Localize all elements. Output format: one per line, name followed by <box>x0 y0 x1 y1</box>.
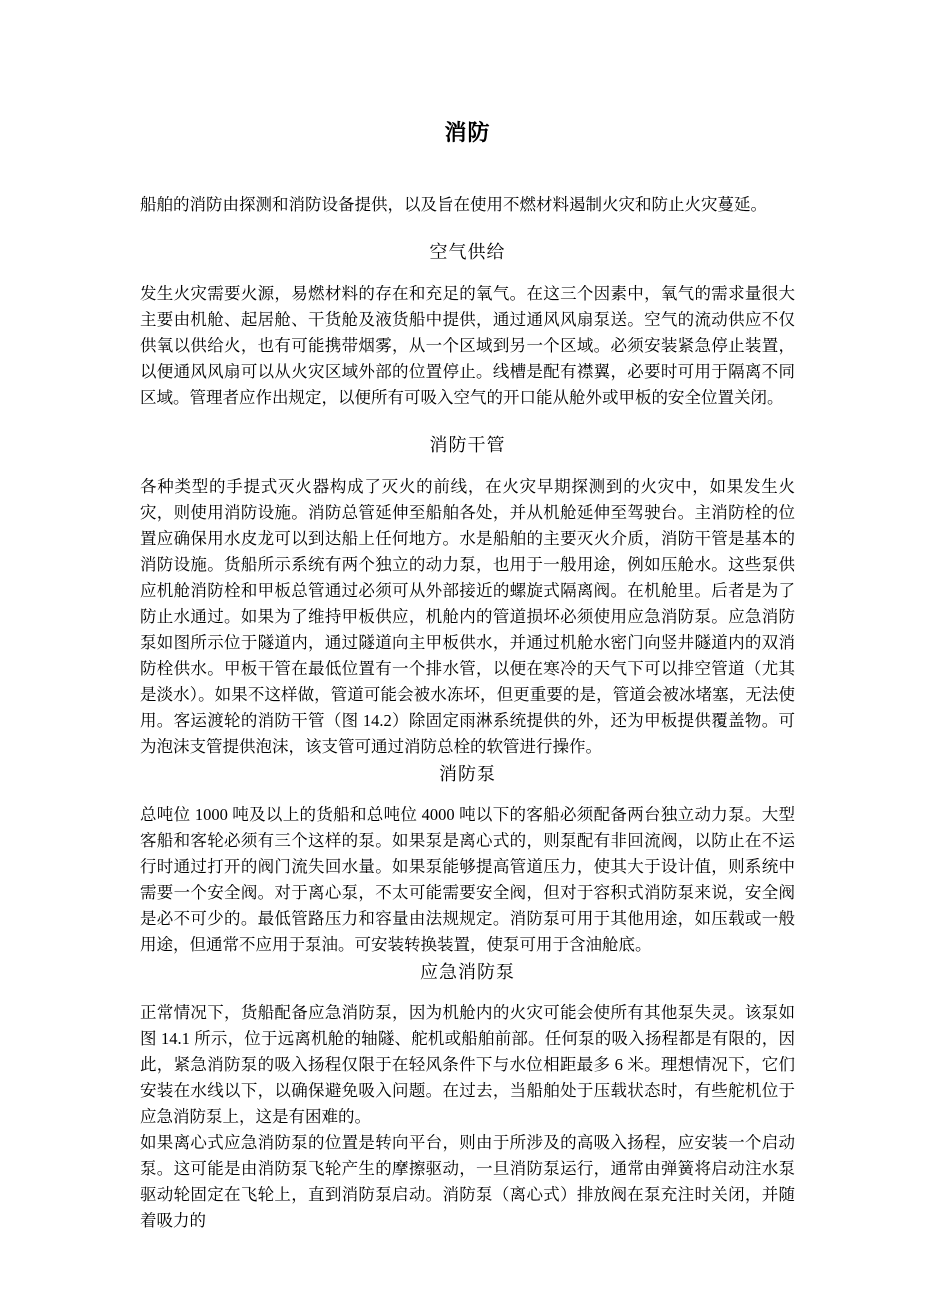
intro-paragraph: 船舶的消防由探测和消防设备提供，以及旨在使用不燃材料遏制火灾和防止火灾蔓延。 <box>140 192 795 218</box>
paragraph-air-supply: 发生火灾需要火源，易燃材料的存在和充足的氧气。在这三个因素中，氧气的需求量很大主… <box>140 281 795 411</box>
paragraph-fire-main: 各种类型的手提式灭火器构成了灭火的前线，在火灾早期探测到的火灾中，如果发生火灾，… <box>140 474 795 760</box>
paragraph-emergency-fire-pump-1: 正常情况下，货船配备应急消防泵，因为机舱内的火灾可能会使所有其他泵失灵。该泵如图… <box>140 1000 795 1130</box>
document-title: 消防 <box>140 118 795 148</box>
section-heading-fire-main: 消防干管 <box>140 432 795 458</box>
section-heading-fire-pumps: 消防泵 <box>140 761 795 787</box>
paragraph-fire-pumps: 总吨位 1000 吨及以上的货船和总吨位 4000 吨以下的客船必须配备两台独立… <box>140 802 795 958</box>
section-heading-air-supply: 空气供给 <box>140 239 795 265</box>
paragraph-emergency-fire-pump-2: 如果离心式应急消防泵的位置是转向平台，则由于所涉及的高吸入扬程，应安装一个启动泵… <box>140 1130 795 1234</box>
section-heading-emergency-fire-pump: 应急消防泵 <box>140 959 795 985</box>
document-page: 消防 船舶的消防由探测和消防设备提供，以及旨在使用不燃材料遏制火灾和防止火灾蔓延… <box>0 0 926 1309</box>
